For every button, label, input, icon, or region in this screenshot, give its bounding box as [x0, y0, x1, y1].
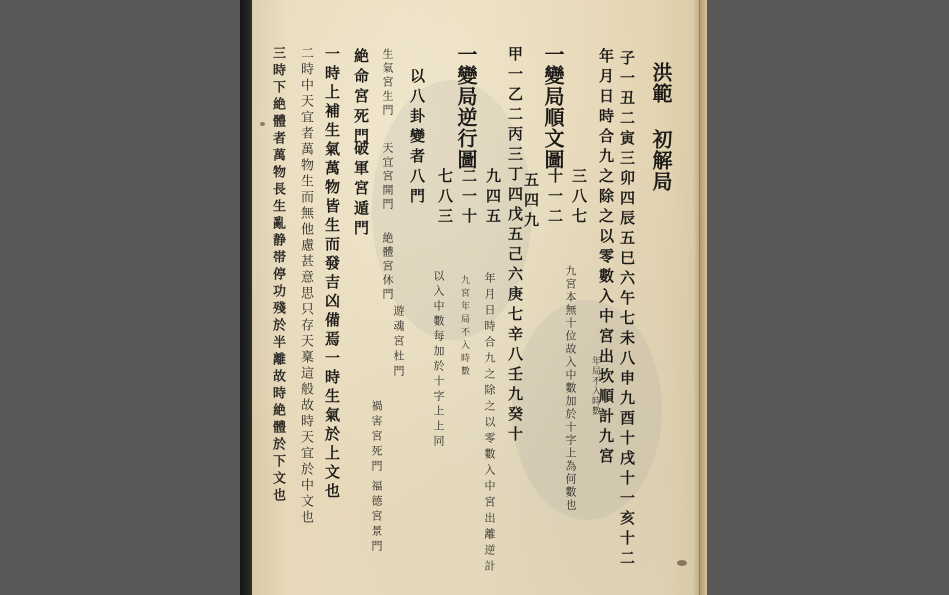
- grid-numbers: 九四五: [484, 168, 502, 228]
- grid-numbers: 二一十: [460, 168, 478, 228]
- text-column-11: 二時中天宜者萬物生而無他慮甚意思只存天稟這般故時天宜於中文也: [298, 46, 312, 526]
- annotation-note: 九宮本無十位故入中數加於十字上為何數也: [564, 265, 576, 512]
- document-viewer: 洪範 初解局 子一丑二寅三卯四辰五巳六午七未八申九酉十戌十一亥十二 年月日時合九…: [0, 0, 949, 595]
- text-column-branches: 子一丑二寅三卯四辰五巳六午七未八申九酉十戌十一亥十二: [618, 50, 636, 570]
- gate-entry: 天宜宮開門: [381, 142, 393, 212]
- grid-numbers: 十一二: [546, 168, 564, 228]
- text-column-bamen: 以八卦變者八門: [408, 68, 426, 208]
- ink-smudge: [677, 560, 687, 566]
- gate-entry: 絶體宮休門: [381, 232, 393, 302]
- section-heading-ni: 一變局逆行圖: [455, 44, 477, 170]
- text-column-12: 三時下絶體者萬物長生亂静帯停功殘於半離故時絶體於下文也: [270, 46, 284, 505]
- annotation-note: 年局不入時數: [590, 356, 600, 416]
- gate-entry: 福德宮景門: [370, 480, 382, 555]
- annotation-note: 九宮年局不入時數: [459, 275, 469, 379]
- gate-entry: 禍害宮死門: [370, 400, 382, 475]
- annotation-note: 以入中數每加於十字上上同: [432, 270, 444, 450]
- page-edge: [693, 0, 707, 595]
- grid-numbers: 七八三: [436, 168, 454, 228]
- text-column-stems: 甲一乙二丙三丁四戊五己六庚七辛八壬九癸十: [506, 46, 524, 446]
- paper-stain: [512, 300, 662, 520]
- gate-entry: 生氣宮生門: [381, 48, 393, 118]
- gate-entry: 絶命宮死門: [352, 48, 370, 148]
- gate-entry: 遊魂宮杜門: [392, 305, 404, 380]
- page-edge-line: [699, 0, 700, 595]
- ink-smudge: [260, 122, 265, 126]
- gate-entry: 破軍宮遁門: [352, 140, 370, 240]
- text-column-10: 一時上補生氣萬物皆生而發吉凶備焉一時生氣於上文也: [323, 46, 341, 502]
- manuscript-page: 洪範 初解局 子一丑二寅三卯四辰五巳六午七未八申九酉十戌十一亥十二 年月日時合九…: [252, 0, 707, 595]
- grid-numbers: 三八七: [570, 168, 588, 228]
- section-heading-shun: 一變局順文圖: [542, 44, 564, 170]
- text-column-6: 年月日時合九之除之以零數入中宮出離逆計: [483, 272, 495, 576]
- grid-numbers: 五四九: [522, 172, 540, 232]
- document-title: 洪範 初解局: [650, 62, 672, 192]
